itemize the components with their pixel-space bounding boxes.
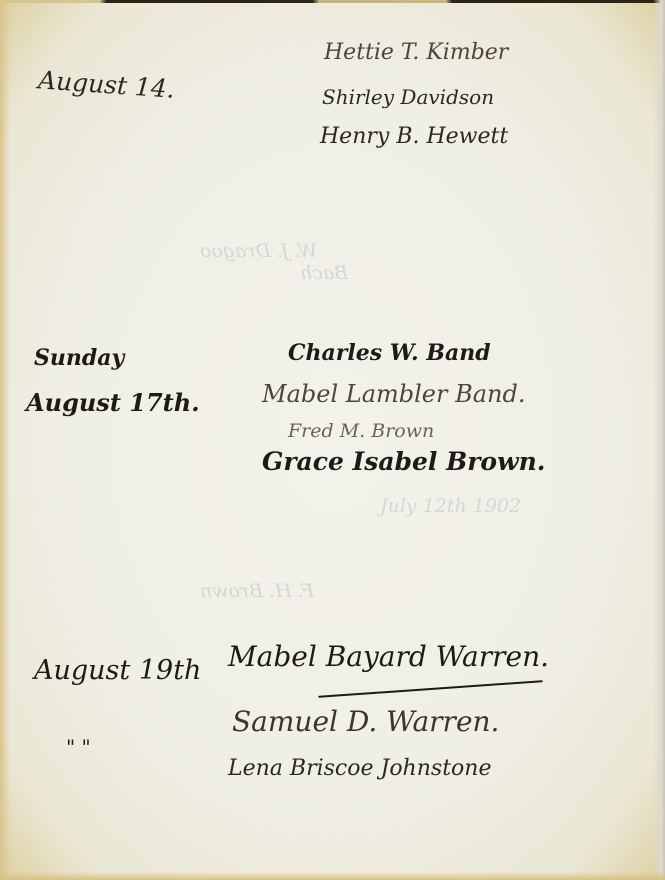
signature: Henry B. Hewett: [320, 124, 508, 149]
page-top-edge: [0, 0, 665, 3]
signature: Charles W. Band: [288, 340, 491, 366]
signature: Lena Briscoe Johnstone: [228, 756, 491, 781]
signature: Samuel D. Warren.: [232, 705, 499, 738]
signature: Grace Isabel Brown.: [262, 447, 545, 476]
page-right-edge: [653, 0, 665, 880]
bleed-through-text: Bach: [300, 262, 348, 284]
entry-date: August 17th.: [26, 388, 200, 417]
bleed-through-text: F. H. Brown: [200, 580, 314, 602]
page-bottom-edge: [0, 872, 665, 880]
signature: Shirley Davidson: [322, 85, 494, 109]
guest-book-page: W. J. Dragoo Bach July 12th 1902 F. H. B…: [0, 0, 665, 880]
signature: Mabel Bayard Warren.: [228, 640, 549, 673]
ditto-marks: " ": [66, 735, 91, 759]
signature-flourish: [318, 680, 543, 698]
signature: Mabel Lambler Band.: [262, 380, 526, 408]
signature: Fred M. Brown: [288, 420, 434, 442]
signature: Hettie T. Kimber: [324, 40, 508, 65]
bleed-through-text: W. J. Dragoo: [200, 240, 317, 262]
entry-date: August 14.: [37, 65, 176, 103]
entry-day: Sunday: [34, 345, 124, 371]
bleed-through-text: July 12th 1902: [380, 495, 521, 517]
entry-date: August 19th: [34, 655, 201, 686]
page-left-edge: [0, 0, 10, 880]
